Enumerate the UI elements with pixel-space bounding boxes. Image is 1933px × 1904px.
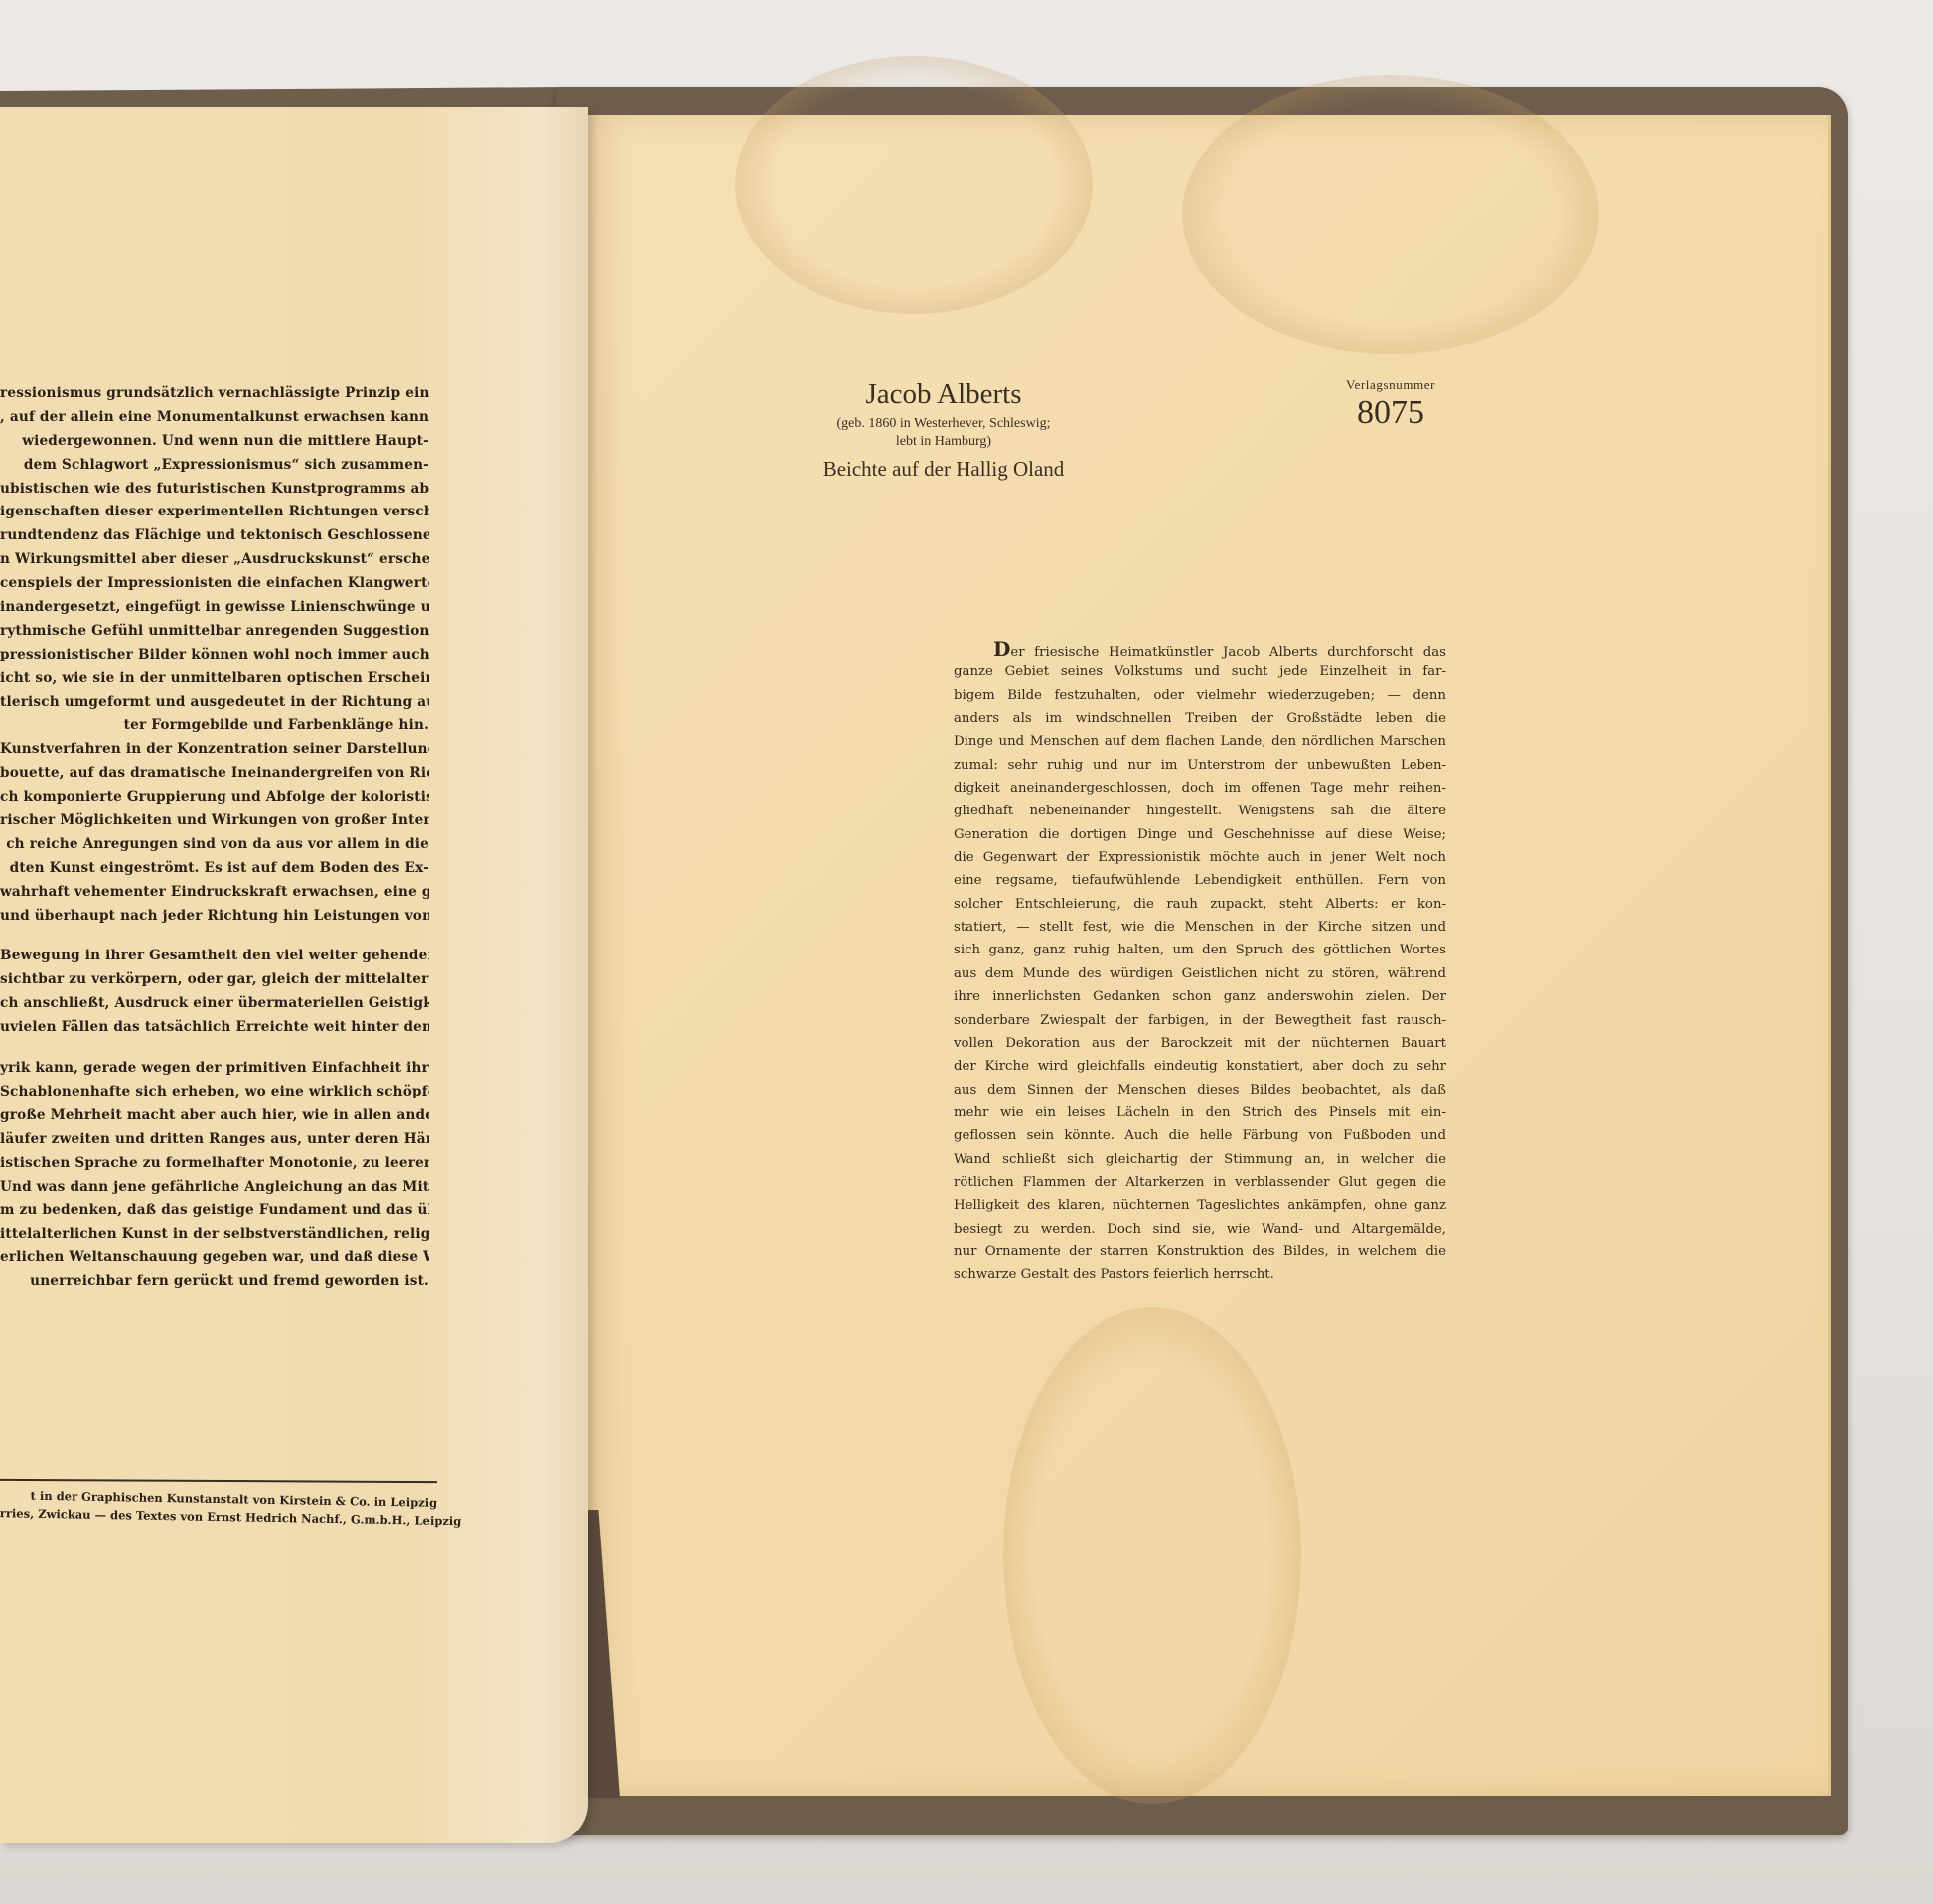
text-line: die Gegenwart der Expressionistik möchte… [954, 846, 1446, 869]
text-line: yrik kann, gerade wegen der primitiven E… [0, 1057, 429, 1081]
text-line: tlerisch umgeformt und ausgedeutet in de… [0, 691, 429, 715]
text-line: m zu bedenken, daß das geistige Fundamen… [0, 1199, 429, 1223]
text-line: anders als im windschnellen Treiben der … [954, 707, 1446, 730]
water-stain [735, 56, 1093, 314]
text-line: Schablonenhafte sich erheben, wo eine wi… [0, 1081, 429, 1104]
text-line: vollen Dekoration aus der Barockzeit mit… [954, 1032, 1446, 1055]
text-line: ch anschließt, Ausdruck einer übermateri… [0, 992, 429, 1016]
text-line: läufer zweiten und dritten Ranges aus, u… [0, 1128, 429, 1152]
artist-bio-line2: lebt in Hamburg) [795, 433, 1093, 451]
text-line: große Mehrheit macht aber auch hier, wie… [0, 1104, 429, 1128]
text-line: wahrhaft vehementer Eindruckskraft erwac… [0, 881, 429, 905]
text-line: und überhaupt nach jeder Richtung hin Le… [0, 905, 429, 929]
text-line: Der friesische Heimatkünstler Jacob Albe… [954, 638, 1446, 660]
publisher-number: 8075 [1316, 393, 1465, 433]
artist-bio-line1: (geb. 1860 in Westerhever, Schleswig; [795, 415, 1093, 433]
printer-colophon: t in der Graphischen Kunstanstalt von Ki… [0, 1486, 437, 1530]
artwork-title: Beichte auf der Hallig Oland [795, 457, 1093, 482]
text-line: bigem Bilde festzuhalten, oder vielmehr … [954, 684, 1446, 707]
text-line: bouette, auf das dramatische Ineinanderg… [0, 762, 429, 786]
text-line: geflossen sein könnte. Auch die helle Fä… [954, 1124, 1446, 1147]
text-line: rischer Möglichkeiten und Wirkungen von … [0, 809, 429, 833]
text-line: statiert, — stellt fest, wie die Mensche… [954, 916, 1446, 939]
text-line: censpiels der Impressionisten die einfac… [0, 572, 429, 596]
text-line: ittelalterlichen Kunst in der selbstvers… [0, 1223, 429, 1246]
drop-cap: D [993, 638, 1010, 660]
text-line: ter Formgebilde und Farbenklänge hin. [0, 714, 429, 738]
text-line: rundtendenz das Flächige und tektonisch … [0, 524, 429, 548]
text-line: ganze Gebiet seines Volkstums und sucht … [954, 660, 1446, 683]
text-line: ch komponierte Gruppierung und Abfolge d… [0, 786, 429, 809]
text-line: schwarze Gestalt des Pastors feierlich h… [954, 1263, 1446, 1286]
text-line: der Kirche wird gleichfalls eindeutig ko… [954, 1055, 1446, 1078]
water-stain [1182, 75, 1599, 354]
text-line: eine regsame, tiefaufwühlende Lebendigke… [954, 869, 1446, 892]
text-line: sich ganz, ganz ruhig halten, um den Spr… [954, 939, 1446, 961]
text-line: , auf der allein eine Monumentalkunst er… [0, 406, 429, 430]
text-line: Dinge und Menschen auf dem flachen Lande… [954, 730, 1446, 753]
paragraph-gap [0, 1040, 429, 1057]
text-line-content: er friesische Heimatkünstler Jacob Alber… [1010, 645, 1446, 659]
text-line: uvielen Fällen das tatsächlich Erreichte… [0, 1016, 429, 1040]
text-line: Kunstverfahren in der Konzentration sein… [0, 738, 429, 762]
text-line: ihre innerlichsten Gedanken schon ganz a… [954, 985, 1446, 1008]
text-line: erlichen Weltanschauung gegeben war, und… [0, 1246, 429, 1270]
paragraph-gap [0, 928, 429, 945]
text-line: rötlichen Flammen der Altarkerzen in ver… [954, 1171, 1446, 1194]
text-line: besiegt zu werden. Doch sind sie, wie Wa… [954, 1218, 1446, 1241]
text-line: gliedhaft nebeneinander hingestellt. Wen… [954, 800, 1446, 822]
text-line: pressionistischer Bilder können wohl noc… [0, 644, 429, 667]
artist-name: Jacob Alberts [795, 377, 1093, 411]
text-line: dten Kunst eingeströmt. Es ist auf dem B… [0, 857, 429, 881]
text-line: sonderbare Zwiespalt der farbigen, in de… [954, 1009, 1446, 1032]
text-line: rythmische Gefühl unmittelbar anregenden… [0, 620, 429, 644]
artwork-description: Der friesische Heimatkünstler Jacob Albe… [954, 638, 1446, 1287]
text-line: solcher Entschleierung, die rauh zupackt… [954, 893, 1446, 916]
left-page-text: ressionismus grundsätzlich vernachlässig… [0, 382, 429, 1294]
text-line: Bewegung in ihrer Gesamtheit den viel we… [0, 945, 429, 968]
text-line: dem Schlagwort „Expressionismus“ sich zu… [0, 454, 429, 478]
text-line: digkeit aneinandergeschlossen, doch im o… [954, 777, 1446, 800]
text-line: icht so, wie sie in der unmittelbaren op… [0, 667, 429, 691]
water-stain [1003, 1307, 1301, 1804]
text-line: Wand schließt sich gleichartig der Stimm… [954, 1148, 1446, 1171]
publisher-number-label: Verlagsnummer [1316, 377, 1465, 393]
text-line: Helligkeit des klaren, nüchternen Tagesl… [954, 1194, 1446, 1217]
text-line: istischen Sprache zu formelhafter Monoto… [0, 1152, 429, 1176]
publisher-number-block: Verlagsnummer 8075 [1316, 377, 1465, 433]
text-line: wiedergewonnen. Und wenn nun die mittler… [0, 430, 429, 454]
text-line: aus dem Munde des würdigen Geistlichen n… [954, 962, 1446, 985]
text-line: nur Ornamente der starren Konstruktion d… [954, 1241, 1446, 1263]
artist-block: Jacob Alberts (geb. 1860 in Westerhever,… [795, 377, 1093, 451]
text-line: Generation die dortigen Dinge und Gesche… [954, 823, 1446, 846]
text-line: Und was dann jene gefährliche Angleichun… [0, 1176, 429, 1200]
text-line: inandergesetzt, eingefügt in gewisse Lin… [0, 596, 429, 620]
text-line: sichtbar zu verkörpern, oder gar, gleich… [0, 968, 429, 992]
text-line: mehr wie ein leises Lächeln in den Stric… [954, 1101, 1446, 1124]
text-line: ubistischen wie des futuristischen Kunst… [0, 478, 429, 502]
text-line: aus dem Sinnen der Menschen dieses Bilde… [954, 1079, 1446, 1101]
text-line: unerreichbar fern gerückt und fremd gewo… [0, 1270, 429, 1294]
text-line: igenschaften dieser experimentellen Rich… [0, 501, 429, 524]
text-line: zumal: sehr ruhig und nur im Unterstrom … [954, 754, 1446, 777]
text-line: ch reiche Anregungen sind von da aus vor… [0, 833, 429, 857]
text-line: n Wirkungsmittel aber dieser „Ausdrucksk… [0, 548, 429, 572]
text-line: ressionismus grundsätzlich vernachlässig… [0, 382, 429, 406]
